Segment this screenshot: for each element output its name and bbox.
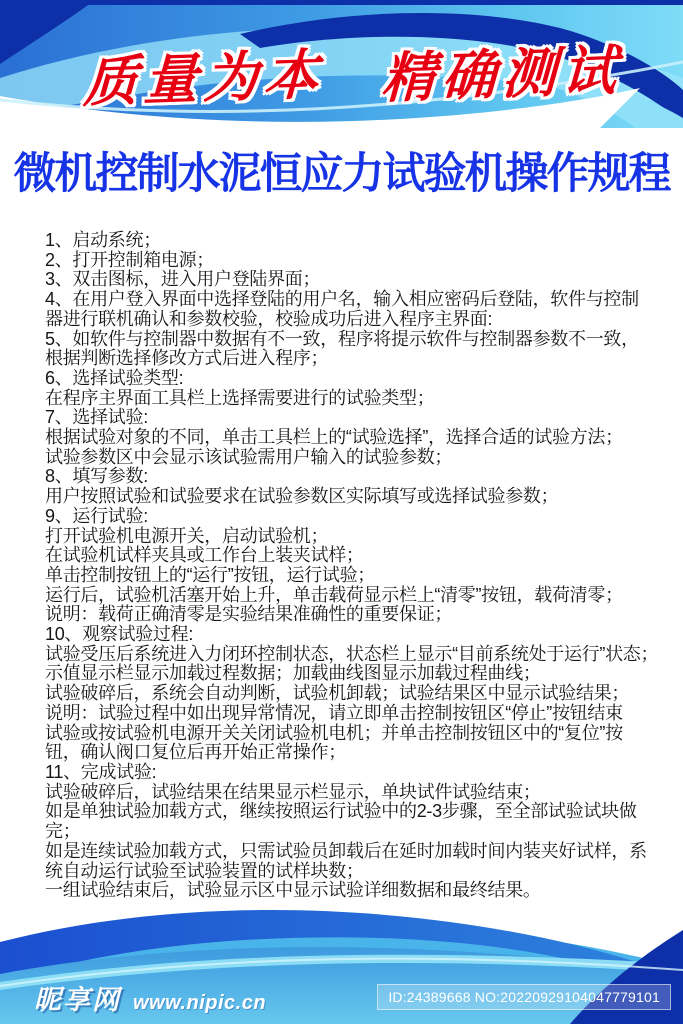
site-logo: 昵享网 (34, 978, 121, 1017)
procedure-text: 1、启动系统； 2、打开控制箱电源； 3、双击图标，进入用户登陆界面； 4、在用… (45, 231, 681, 901)
header-slogan-right: 精确测试 (380, 28, 623, 113)
image-id-text: ID:24389668 NO:20220929104047779101 (388, 989, 660, 1005)
site-branding: 昵享网 www.nipic.cn (34, 978, 266, 1017)
page-title: 微机控制水泥恒应力试验机操作规程 (0, 140, 683, 201)
poster-page: 质量为本 精确测试 微机控制水泥恒应力试验机操作规程 1、启动系统； 2、打开控… (0, 0, 683, 1024)
site-url: www.nipic.cn (133, 992, 266, 1015)
header-slogan-left: 质量为本 (82, 32, 325, 117)
header-banner: 质量为本 精确测试 (0, 0, 683, 128)
footer-bar: 昵享网 www.nipic.cn ID:24389668 NO:20220929… (0, 978, 683, 1016)
image-id-badge: ID:24389668 NO:20220929104047779101 (377, 984, 671, 1010)
footer-banner: 昵享网 www.nipic.cn ID:24389668 NO:20220929… (0, 894, 683, 1024)
